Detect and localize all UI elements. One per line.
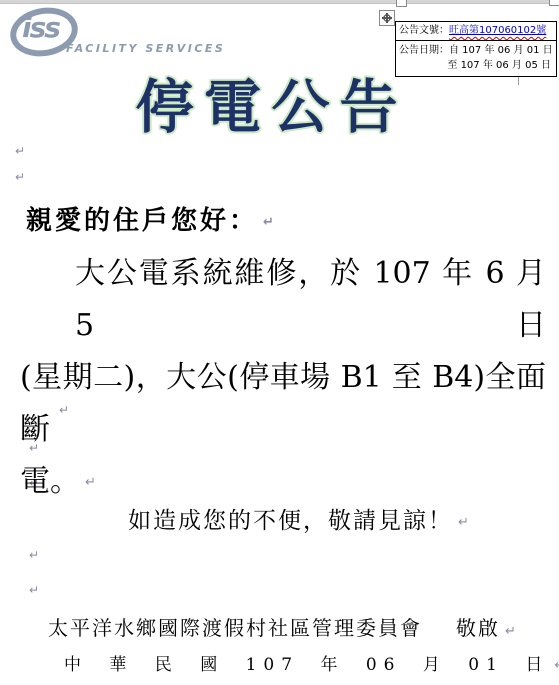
notice-paragraph: 大公電系統維修，於 107 年 6 月 5 日 (星期二)，大公(停車場 B1 … [20, 248, 546, 509]
table-move-handle-icon[interactable] [379, 10, 395, 26]
iss-logo-tagline: FACILITY SERVICES [66, 42, 225, 55]
salutation-line: 親愛的住戶您好：↵ [26, 200, 274, 237]
window-edge-strip [0, 0, 559, 4]
signature-line: 太平洋水鄉國際渡假村社區管理委員會 敬啟 ↵ [48, 612, 516, 641]
document-page: iss FACILITY SERVICES , , 公告文號：旺高第107060… [0, 0, 559, 685]
return-mark: ↵ [15, 144, 25, 158]
closing-word: 敬啟 [456, 612, 500, 641]
paragraph-line: 大公電系統維修，於 107 年 6 月 5 日 [20, 248, 546, 352]
return-mark: ↵ [85, 475, 96, 490]
committee-name: 太平洋水鄉國際渡假村社區管理委員會 [48, 612, 422, 641]
doc-number-value[interactable]: 旺高第107060102號 [449, 25, 546, 36]
return-mark: ↵ [29, 548, 39, 562]
iss-logo-monogram: iss [22, 11, 59, 44]
return-mark: ↵ [458, 515, 469, 530]
return-mark: ↵ [15, 170, 25, 184]
doc-number-row: 公告文號：旺高第107060102號 [396, 22, 556, 41]
paragraph-line: (星期二)，大公(停車場 B1 至 B4)全面斷 [20, 352, 546, 456]
page-title: 停電公告 [0, 74, 551, 140]
return-mark: ↵ [554, 658, 559, 673]
salutation-text: 親愛的住戶您好： [26, 206, 258, 236]
roc-date-line: 中 華 民 國 107 年 06 月 01 日↵ [64, 650, 559, 675]
notice-info-table: 公告文號：旺高第107060102號 公告日期：自 107 年 06 月 01 … [395, 21, 557, 77]
resize-handle[interactable] [549, 0, 559, 6]
return-mark: ↵ [263, 215, 274, 230]
return-mark: ↵ [505, 624, 516, 639]
apology-text: 如造成您的不便，敬請見諒！ [128, 508, 453, 534]
date-from-line: 公告日期：自 107 年 06 月 01 日 [399, 43, 553, 58]
date-to-line: 至 107 年 06 月 05 日 [399, 58, 553, 73]
roc-date-text: 中 華 民 國 107 年 06 月 01 日 [64, 655, 549, 675]
resize-handle[interactable] [396, 0, 407, 7]
return-mark: ↵ [29, 583, 39, 597]
iss-logo: iss FACILITY SERVICES [8, 6, 238, 58]
doc-number-label: 公告文號： [399, 25, 449, 36]
apology-line: 如造成您的不便，敬請見諒！↵ [128, 502, 469, 535]
date-range-row: 公告日期：自 107 年 06 月 01 日 至 107 年 06 月 05 日 [396, 41, 556, 76]
